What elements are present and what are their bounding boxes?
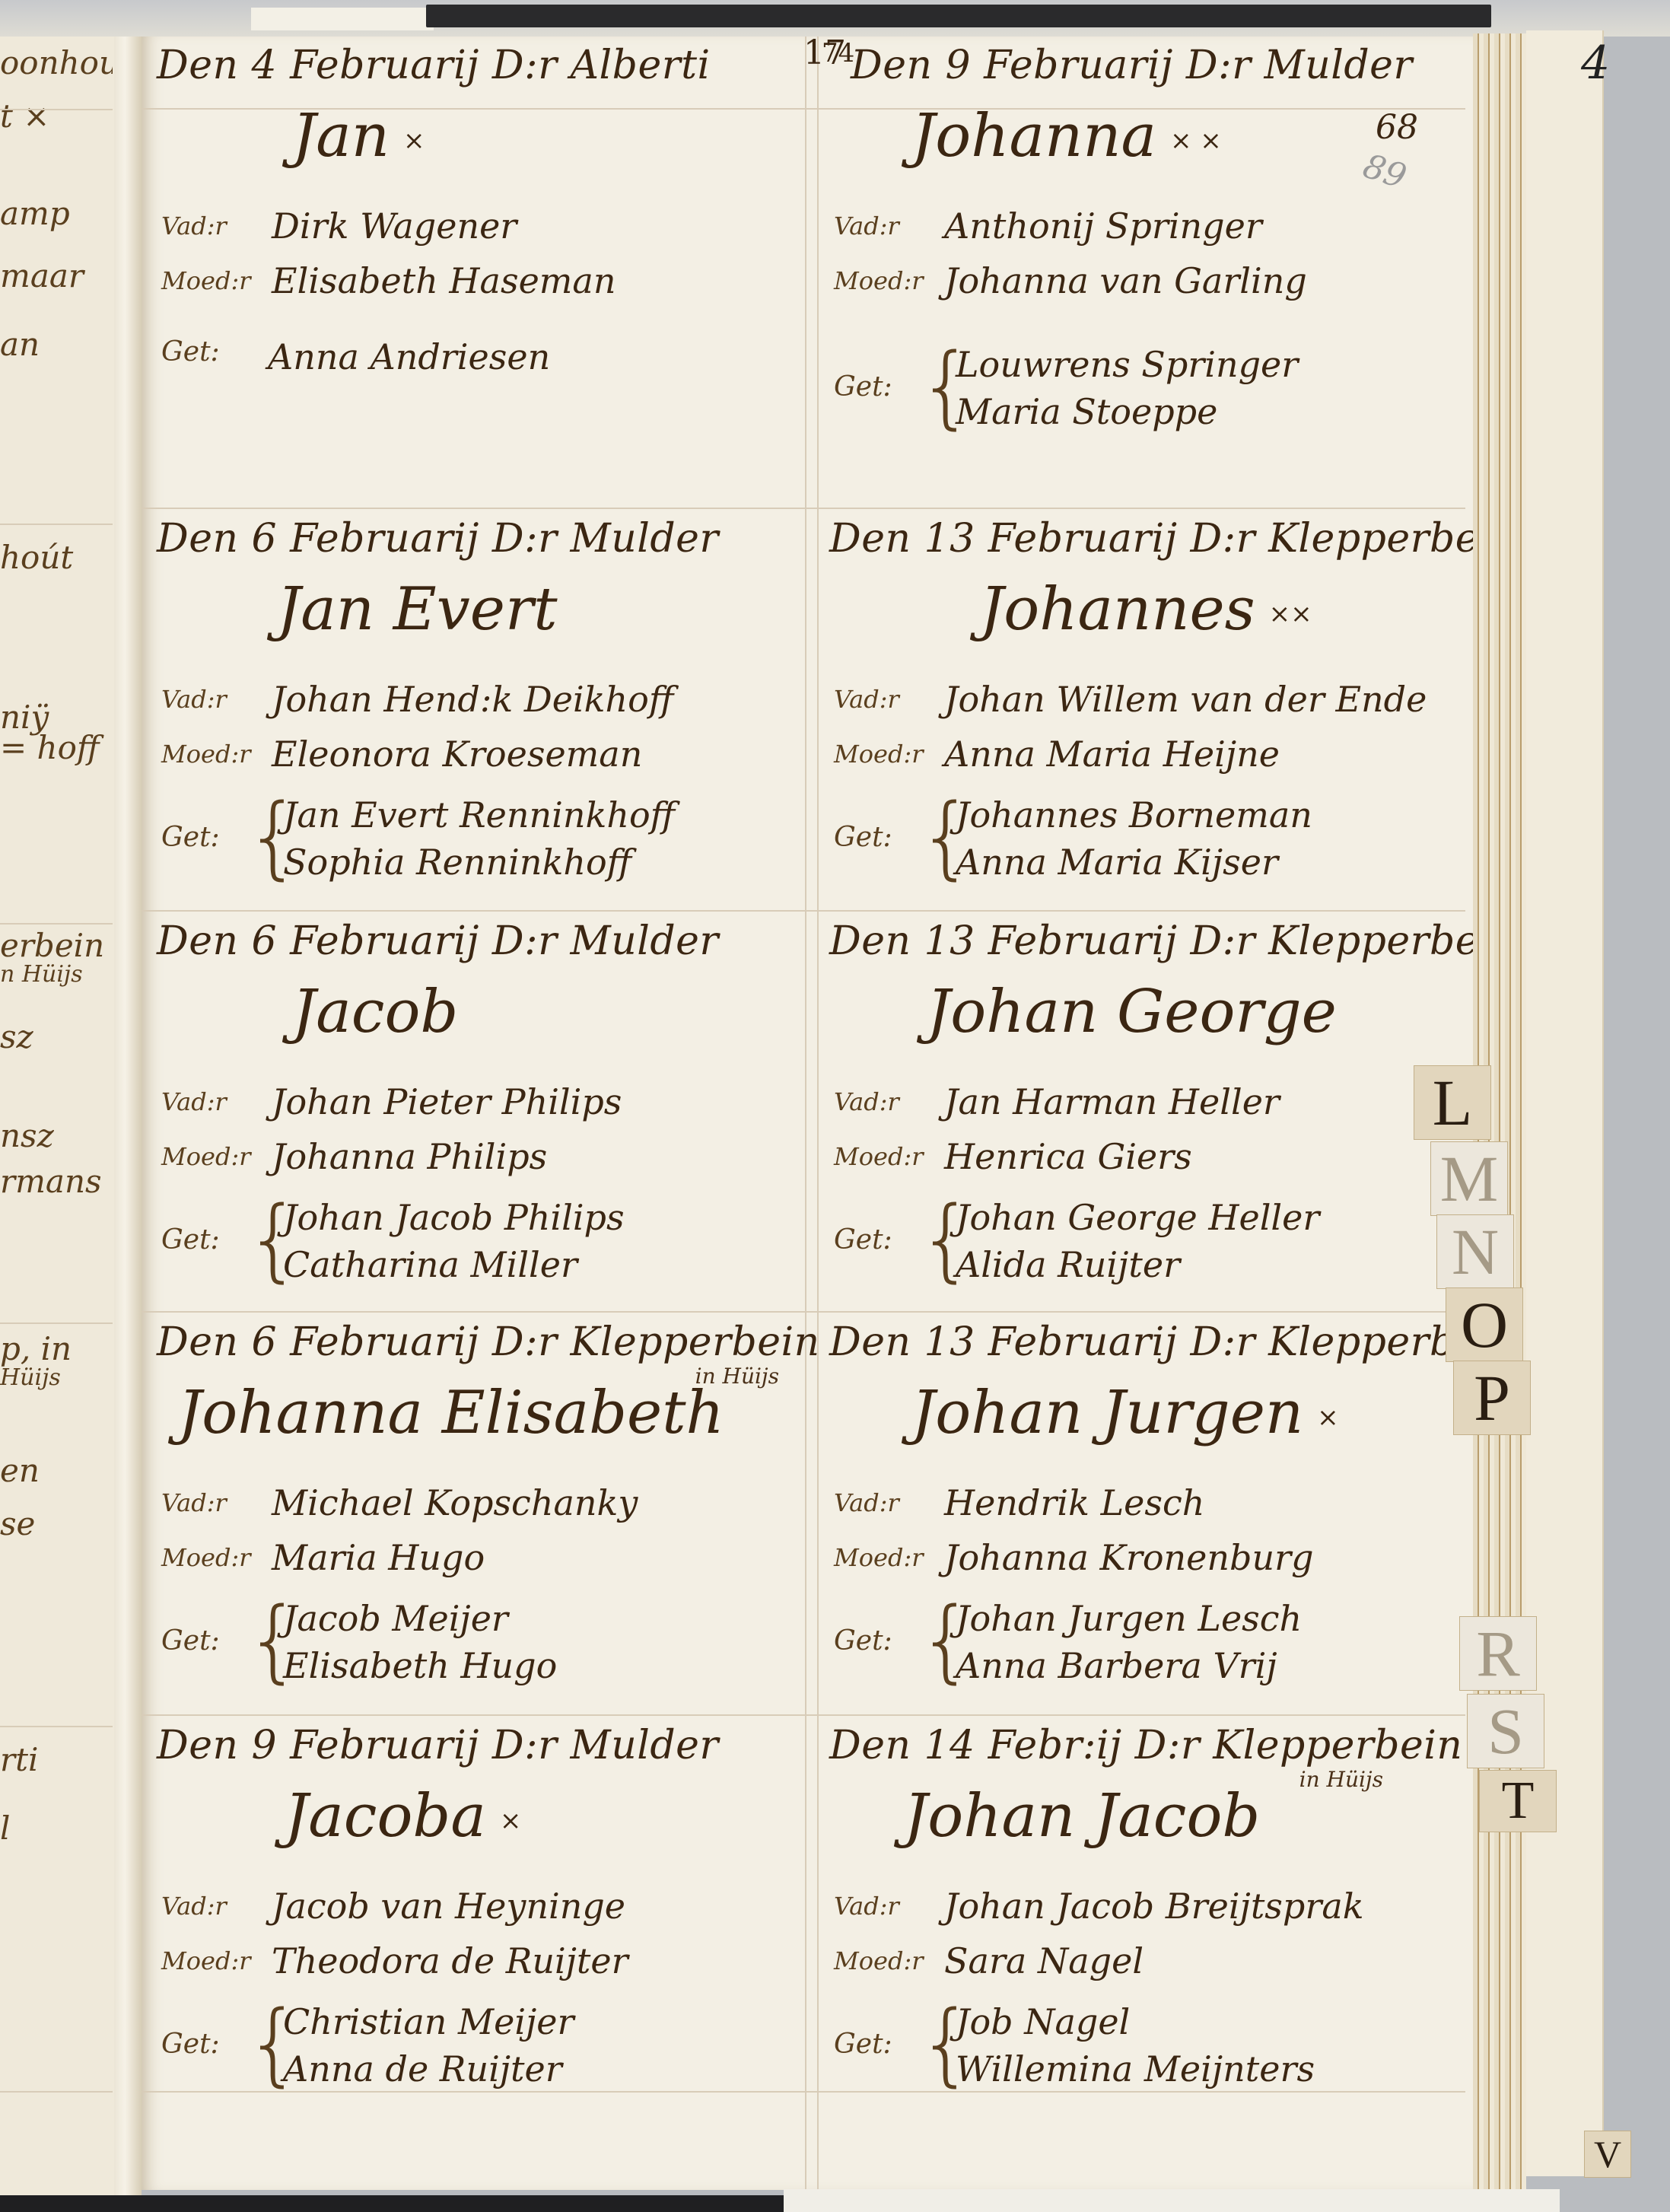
entry-date-minister: Den 13 Februarij D:r Klepperbein <box>829 918 1518 964</box>
index-tab-s[interactable]: S <box>1467 1694 1544 1768</box>
child-name: Johanna Elisabeth <box>178 1379 738 1447</box>
father-name: Johan Hend:k Deikhoff <box>272 679 673 720</box>
witness-name: Johan Jacob Philips <box>283 1197 625 1238</box>
witnesses-block: Get: { Christian Meijer Anna de Ruijter <box>161 1998 800 2097</box>
witnesses-block: Get: { Louwrens Springer Maria Stoeppe <box>834 341 1473 440</box>
fragment-line: oonhou <box>0 44 113 81</box>
child-name: Jacob <box>292 978 472 1046</box>
father-row: Vad:rJohan Willem van der Ende <box>834 676 1427 720</box>
father-label: Vad:r <box>161 1087 272 1116</box>
child-name: Johan Jurgen× <box>911 1379 1339 1447</box>
entry-date-minister: Den 13 Februarij D:r Klepperbein <box>829 516 1518 562</box>
witness-name: Elisabeth Hugo <box>283 1645 557 1686</box>
fragment-line: rti <box>0 1741 113 1778</box>
entry-date-minister: Den 6 Februarij D:r Mulder <box>157 918 719 964</box>
witness-name: Johan George Heller <box>956 1197 1319 1238</box>
mother-label: Moed:r <box>834 1543 944 1572</box>
father-name: Michael Kopschanky <box>272 1482 638 1523</box>
baptism-entry: Den 6 Februarij D:r Klepperbein in Hüijs… <box>148 1313 802 1717</box>
index-tab-v[interactable]: V <box>1584 2131 1631 2178</box>
cross-mark: × <box>1317 1402 1339 1433</box>
baptism-entry: Den 13 Februarij D:r Klepperbein Johanne… <box>820 510 1474 913</box>
mother-name: Eleonora Kroeseman <box>272 734 642 775</box>
father-label: Vad:r <box>161 685 272 714</box>
fragment-line: sz <box>0 1018 113 1055</box>
mother-label: Moed:r <box>834 266 944 295</box>
child-name: Jan× <box>292 102 425 170</box>
child-name: Johanna× × <box>911 102 1222 170</box>
father-name: Jan Harman Heller <box>944 1081 1280 1122</box>
mother-row: Moed:rTheodora de Ruijter <box>161 1937 628 1981</box>
fragment-line: an <box>0 326 113 363</box>
witnesses-block: Get: { Jacob Meijer Elisabeth Hugo <box>161 1595 800 1694</box>
ruled-line <box>0 2091 113 2093</box>
witnesses-label: Get: <box>834 371 918 403</box>
witnesses-block: Get: { Jan Evert Renninkhoff Sophia Renn… <box>161 791 800 890</box>
witness-name: Johannes Borneman <box>956 794 1312 835</box>
fragment-line: rmans <box>0 1163 113 1200</box>
mother-row: Moed:rJohanna Philips <box>161 1133 547 1177</box>
father-name: Jacob van Heyninge <box>272 1886 625 1927</box>
entry-date-minister: Den 9 Februarij D:r Mulder <box>851 43 1413 88</box>
witnesses-label: Get: <box>161 2029 245 2060</box>
witnesses-block: Get: { Johannes Borneman Anna Maria Kijs… <box>834 791 1473 890</box>
index-tab-t[interactable]: T <box>1479 1770 1557 1832</box>
baptism-entry: Den 14 Febr:ij D:r Klepperbein in Hüijs … <box>820 1717 1474 2120</box>
father-row: Vad:rJohan Hend:k Deikhoff <box>161 676 673 720</box>
fragment-line: nsz <box>0 1117 113 1154</box>
father-row: Vad:rMichael Kopschanky <box>161 1479 638 1523</box>
mother-label: Moed:r <box>161 1543 272 1572</box>
witnesses-label: Get: <box>834 1224 918 1256</box>
witness-name: Anna Maria Kijser <box>956 842 1278 883</box>
father-name: Hendrik Lesch <box>944 1482 1204 1523</box>
ruled-line <box>0 524 113 525</box>
mother-row: Moed:rEleonora Kroeseman <box>161 730 642 775</box>
child-name: Johan George <box>927 978 1350 1046</box>
fragment-line: erbein <box>0 927 113 964</box>
witnesses-block: Get: { Johan Jurgen Lesch Anna Barbera V… <box>834 1595 1473 1694</box>
column-divider <box>817 37 819 2190</box>
witness-name: Johan Jurgen Lesch <box>956 1598 1302 1639</box>
father-name: Anthonij Springer <box>944 205 1262 247</box>
witness-name: Anna de Ruijter <box>283 2048 562 2089</box>
bookmark-ribbon-light <box>251 8 434 30</box>
witness-name: Louwrens Springer <box>956 344 1298 385</box>
father-label: Vad:r <box>834 1892 944 1921</box>
witnesses-label: Get: <box>834 822 918 853</box>
index-tab-m[interactable]: M <box>1430 1141 1508 1216</box>
index-tab-o[interactable]: O <box>1446 1287 1523 1362</box>
father-label: Vad:r <box>834 1087 944 1116</box>
index-tab-l[interactable]: L <box>1414 1065 1491 1140</box>
book-base <box>784 2189 1560 2212</box>
fragment-line: t × <box>0 97 113 135</box>
witness-name: Anna Barbera Vrij <box>956 1645 1277 1686</box>
witnesses-block: Get: { Johan Jacob Philips Catharina Mil… <box>161 1194 800 1293</box>
father-label: Vad:r <box>161 1892 272 1921</box>
baptism-entry: Den 6 Februarij D:r Mulder Jan Evert Vad… <box>148 510 802 913</box>
father-row: Vad:rDirk Wagener <box>161 202 517 247</box>
mother-label: Moed:r <box>161 740 272 769</box>
entry-date-minister: Den 6 Februarij D:r Mulder <box>157 516 719 562</box>
index-tab-n[interactable]: N <box>1436 1214 1514 1289</box>
ruled-line <box>0 923 113 925</box>
margin-note: 68 <box>1376 108 1418 147</box>
mother-name: Henrica Giers <box>944 1136 1192 1177</box>
mother-name: Sara Nagel <box>944 1940 1144 1981</box>
witness-name: Anna Andriesen <box>268 336 550 377</box>
book-gutter <box>114 37 142 2205</box>
cross-mark: × × <box>1170 126 1222 156</box>
baptism-entry: Den 13 Februarij D:r Klepperbein Johan G… <box>820 912 1474 1316</box>
mother-label: Moed:r <box>834 1946 944 1975</box>
fragment-line: en <box>0 1452 113 1489</box>
father-row: Vad:rJohan Jacob Breijtsprak <box>834 1883 1364 1927</box>
next-page-edge <box>1526 30 1604 2176</box>
register-page: 17 74 Den 4 Februarij D:r Alberti Jan× V… <box>142 37 1481 2190</box>
witnesses-label: Get: <box>834 2029 918 2060</box>
father-row: Vad:rJacob van Heyninge <box>161 1883 625 1927</box>
left-page-fragment: oonhou t × amp maar an hoút niÿ = hoff e… <box>0 37 115 2205</box>
mother-row: Moed:rElisabeth Haseman <box>161 257 616 301</box>
entry-date-minister: Den 6 Februarij D:r Klepperbein <box>157 1319 820 1365</box>
entry-date-minister: Den 14 Febr:ij D:r Klepperbein <box>829 1723 1462 1768</box>
fragment-line: hoút <box>0 539 113 576</box>
father-name: Dirk Wagener <box>272 205 517 247</box>
mother-name: Theodora de Ruijter <box>272 1940 628 1981</box>
index-tab-p[interactable]: P <box>1453 1361 1531 1435</box>
ruled-line <box>0 1726 113 1727</box>
fragment-line: maar <box>0 257 113 294</box>
ruled-line <box>0 1322 113 1324</box>
witness-name: Sophia Renninkhoff <box>283 842 631 883</box>
father-row: Vad:rHendrik Lesch <box>834 1479 1204 1523</box>
mother-label: Moed:r <box>161 266 272 295</box>
witness-name: Maria Stoeppe <box>956 391 1217 432</box>
father-name: Johan Willem van der Ende <box>944 679 1427 720</box>
fragment-line: n Hüijs <box>0 961 113 988</box>
witness-name: Jan Evert Renninkhoff <box>283 794 675 835</box>
mother-row: Moed:rJohanna van Garling <box>834 257 1307 301</box>
witnesses-label: Get: <box>834 1625 918 1657</box>
entry-note: in Hüijs <box>1299 1767 1383 1792</box>
witness-name: Jacob Meijer <box>283 1598 508 1639</box>
mother-label: Moed:r <box>834 740 944 769</box>
mother-label: Moed:r <box>161 1946 272 1975</box>
book-cover-bottom <box>0 2195 791 2212</box>
witness-name: Catharina Miller <box>283 1244 577 1285</box>
mother-label: Moed:r <box>161 1142 272 1171</box>
father-row: Vad:rJohan Pieter Philips <box>161 1078 622 1122</box>
father-label: Vad:r <box>834 212 944 240</box>
child-name: Johannes×× <box>980 575 1312 644</box>
mother-name: Johanna van Garling <box>944 260 1307 301</box>
entries-column-left: Den 4 Februarij D:r Alberti Jan× Vad:rDi… <box>148 37 802 2190</box>
column-divider <box>805 37 806 2190</box>
mother-name: Elisabeth Haseman <box>272 260 616 301</box>
cross-mark: ×× <box>1269 599 1312 629</box>
folio-number: 4 <box>1581 37 1610 90</box>
witnesses-label: Get: <box>161 822 245 853</box>
witnesses-block: Get: { Johan George Heller Alida Ruijter <box>834 1194 1473 1293</box>
witness-name: Willemina Meijnters <box>956 2048 1315 2089</box>
father-name: Johan Jacob Breijtsprak <box>944 1886 1364 1927</box>
witness-name: Alida Ruijter <box>956 1244 1180 1285</box>
mother-name: Johanna Philips <box>272 1136 547 1177</box>
mother-row: Moed:rJohanna Kronenburg <box>834 1534 1314 1578</box>
witness-name: Christian Meijer <box>283 2001 574 2042</box>
mother-label: Moed:r <box>834 1142 944 1171</box>
mother-row: Moed:rHenrica Giers <box>834 1133 1192 1177</box>
witnesses-block: Get: { Job Nagel Willemina Meijnters <box>834 1998 1473 2097</box>
mother-name: Johanna Kronenburg <box>944 1537 1314 1578</box>
mother-name: Maria Hugo <box>272 1537 485 1578</box>
baptism-entry: Den 4 Februarij D:r Alberti Jan× Vad:rDi… <box>148 37 802 440</box>
father-label: Vad:r <box>161 212 272 240</box>
entry-date-minister: Den 4 Februarij D:r Alberti <box>157 43 711 88</box>
fragment-line: amp <box>0 195 113 232</box>
father-label: Vad:r <box>834 685 944 714</box>
witnesses-block: Get: Anna Andriesen <box>161 333 800 432</box>
witnesses-label: Get: <box>161 336 245 368</box>
baptism-entry: Den 13 Februarij D:r Klepperbein Johan J… <box>820 1313 1474 1717</box>
witness-name: Job Nagel <box>956 2001 1130 2042</box>
father-name: Johan Pieter Philips <box>272 1081 622 1122</box>
fragment-line: Hüijs <box>0 1364 113 1391</box>
mother-row: Moed:rSara Nagel <box>834 1937 1144 1981</box>
fragment-line: p, in <box>0 1330 113 1367</box>
child-name: Johan Jacob <box>904 1782 1274 1851</box>
book-cover-top <box>426 5 1491 27</box>
index-tab-r[interactable]: R <box>1459 1616 1537 1691</box>
baptism-entry: Den 6 Februarij D:r Mulder Jacob Vad:rJo… <box>148 912 802 1316</box>
entries-column-right: Den 9 Februarij D:r Mulder Johanna× × Va… <box>820 37 1474 2190</box>
entry-date-minister: Den 13 Februarij D:r Klepperbein <box>829 1319 1518 1365</box>
entry-date-minister: Den 9 Februarij D:r Mulder <box>157 1723 719 1768</box>
witnesses-label: Get: <box>161 1625 245 1657</box>
father-row: Vad:rAnthonij Springer <box>834 202 1262 247</box>
father-label: Vad:r <box>161 1488 272 1517</box>
cross-mark: × <box>500 1806 522 1836</box>
witnesses-label: Get: <box>161 1224 245 1256</box>
fragment-line: l <box>0 1809 113 1847</box>
cross-mark: × <box>403 126 425 156</box>
fragment-line: = hoff <box>0 729 113 766</box>
fragment-line: se <box>0 1505 113 1542</box>
ruled-line <box>0 109 113 110</box>
baptism-entry: Den 9 Februarij D:r Mulder Jacoba× Vad:r… <box>148 1717 802 2120</box>
mother-name: Anna Maria Heijne <box>944 734 1280 775</box>
child-name: Jacoba× <box>285 1782 521 1851</box>
baptism-entry: Den 9 Februarij D:r Mulder Johanna× × Va… <box>820 37 1474 440</box>
mother-row: Moed:rMaria Hugo <box>161 1534 485 1578</box>
father-label: Vad:r <box>834 1488 944 1517</box>
mother-row: Moed:rAnna Maria Heijne <box>834 730 1280 775</box>
father-row: Vad:rJan Harman Heller <box>834 1078 1280 1122</box>
child-name: Jan Evert <box>277 575 571 644</box>
